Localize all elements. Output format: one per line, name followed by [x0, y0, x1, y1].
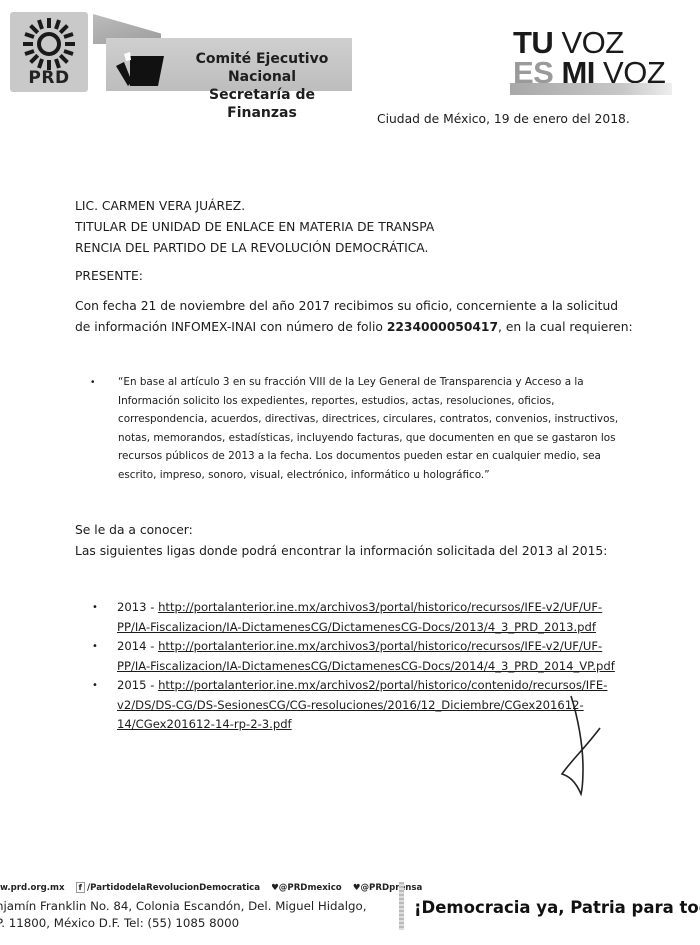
bullet: •: [92, 637, 98, 657]
recipient-block: LIC. CARMEN VERA JUÁREZ. TITULAR DE UNID…: [75, 196, 434, 259]
document-link[interactable]: PP/IA-Fiscalizacion/IA-DictamenesCG/Dict…: [117, 620, 596, 634]
link-separator: -: [147, 639, 159, 653]
response-intro: Se le da a conocer:: [75, 520, 193, 541]
document-link[interactable]: http://portalanterior.ine.mx/archivos3/p…: [158, 639, 602, 653]
bullet: •: [92, 676, 98, 696]
link-item: •2014 - http://portalanterior.ine.mx/arc…: [92, 637, 652, 676]
committee-name: Comité Ejecutivo Nacional: [172, 50, 352, 86]
salutation: PRESENTE:: [75, 266, 143, 287]
party-motto: ¡Democracia ya, Patria para todos!: [414, 898, 700, 917]
campaign-slogan: TU VOZ ES MI VOZ: [513, 28, 665, 88]
recipient-title-line: TITULAR DE UNIDAD DE ENLACE EN MATERIA D…: [75, 217, 434, 238]
link-year: 2014: [117, 639, 147, 653]
document-link[interactable]: 14/CGex201612-14-rp-2-3.pdf: [117, 717, 292, 731]
recipient-title-line: RENCIA DEL PARTIDO DE LA REVOLUCIÓN DEMO…: [75, 238, 434, 259]
response-intro-detail: Las siguientes ligas donde podrá encontr…: [75, 541, 607, 562]
document-link[interactable]: PP/IA-Fiscalizacion/IA-DictamenesCG/Dict…: [117, 659, 615, 673]
prd-logo-text: PRD: [10, 68, 88, 88]
twitter-link[interactable]: @PRDmexico: [279, 883, 342, 893]
footer-address: njamín Franklin No. 84, Colonia Escandón…: [0, 898, 367, 932]
footer-social-line: w.prd.org.mx f/PartidodelaRevolucionDemo…: [0, 882, 422, 893]
twitter-link[interactable]: @PRDprensa: [360, 883, 422, 893]
sun-icon: [21, 16, 77, 72]
facebook-link[interactable]: /PartidodelaRevolucionDemocratica: [87, 883, 260, 893]
document-link[interactable]: v2/DS/DS-CG/DS-SesionesCG/CG-resolucione…: [117, 698, 584, 712]
twitter-icon: ♥: [271, 883, 279, 893]
address-line: P. 11800, México D.F. Tel: (55) 1085 800…: [0, 915, 367, 932]
bullet: •: [92, 598, 98, 618]
document-link[interactable]: http://portalanterior.ine.mx/archivos3/p…: [158, 600, 602, 614]
paragraph-text: , en la cual requieren:: [498, 320, 633, 334]
link-separator: -: [147, 600, 159, 614]
slogan-underline-bar: [510, 83, 672, 95]
footer-divider: [399, 882, 404, 930]
folio-number: 2234000050417: [387, 320, 498, 334]
link-item: •2013 - http://portalanterior.ine.mx/arc…: [92, 598, 652, 637]
link-year: 2015: [117, 678, 147, 692]
recipient-name: LIC. CARMEN VERA JUÁREZ.: [75, 196, 434, 217]
handwritten-signature: [540, 690, 610, 800]
bullet: •: [91, 377, 95, 388]
request-quote: “En base al artículo 3 en su fracción VI…: [118, 373, 638, 484]
secretariat-name: Secretaría de Finanzas: [172, 86, 352, 122]
link-year: 2013: [117, 600, 147, 614]
committee-title: Comité Ejecutivo Nacional Secretaría de …: [172, 50, 352, 122]
letter-date: Ciudad de México, 19 de enero del 2018.: [377, 109, 630, 130]
link-separator: -: [147, 678, 159, 692]
facebook-icon: f: [76, 882, 85, 893]
intro-paragraph: Con fecha 21 de noviembre del año 2017 r…: [75, 296, 635, 338]
folder-check-icon: [114, 52, 164, 86]
prd-logo: PRD: [10, 12, 88, 92]
website-link[interactable]: w.prd.org.mx: [0, 883, 65, 893]
address-line: njamín Franklin No. 84, Colonia Escandón…: [0, 898, 367, 915]
